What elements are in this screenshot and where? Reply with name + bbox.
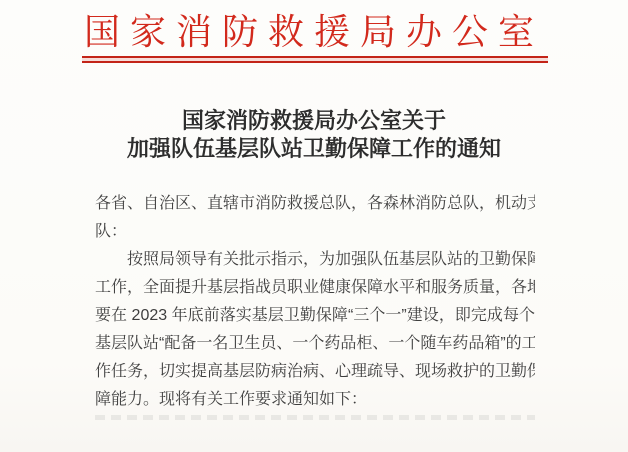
document-body: 各省、自治区、直辖市消防救援总队，各森林消防总队，机动支 队： 按照局领导有关批…	[95, 190, 535, 414]
body-line: 障能力。现将有关工作要求通知如下：	[95, 386, 535, 414]
document-title-line1: 国家消防救援局办公室关于	[0, 107, 628, 135]
body-line: 工作，全面提升基层指战员职业健康保障水平和服务质量，各地	[95, 274, 535, 302]
document-page: 国家消防救援局办公室 国家消防救援局办公室关于 加强队伍基层队站卫勤保障工作的通…	[0, 0, 628, 452]
body-line: 要在 2023 年底前落实基层卫勤保障“三个一”建设，即完成每个	[95, 302, 535, 330]
document-title: 国家消防救援局办公室关于 加强队伍基层队站卫勤保障工作的通知	[0, 107, 628, 163]
next-line-cutoff	[95, 415, 535, 420]
masthead-rule	[82, 56, 548, 63]
addressee-line: 各省、自治区、直辖市消防救援总队，各森林消防总队，机动支	[95, 190, 535, 218]
body-line: 作任务，切实提高基层防病治病、心理疏导、现场救护的卫勤保	[95, 358, 535, 386]
body-line: 按照局领导有关批示指示，为加强队伍基层队站的卫勤保障	[95, 246, 535, 274]
addressee-line: 队：	[95, 218, 535, 246]
body-line: 基层队站“配备一名卫生员、一个药品柜、一个随车药品箱”的工	[95, 330, 535, 358]
masthead-org-name: 国家消防救援局办公室	[0, 10, 628, 54]
document-title-line2: 加强队伍基层队站卫勤保障工作的通知	[0, 135, 628, 163]
